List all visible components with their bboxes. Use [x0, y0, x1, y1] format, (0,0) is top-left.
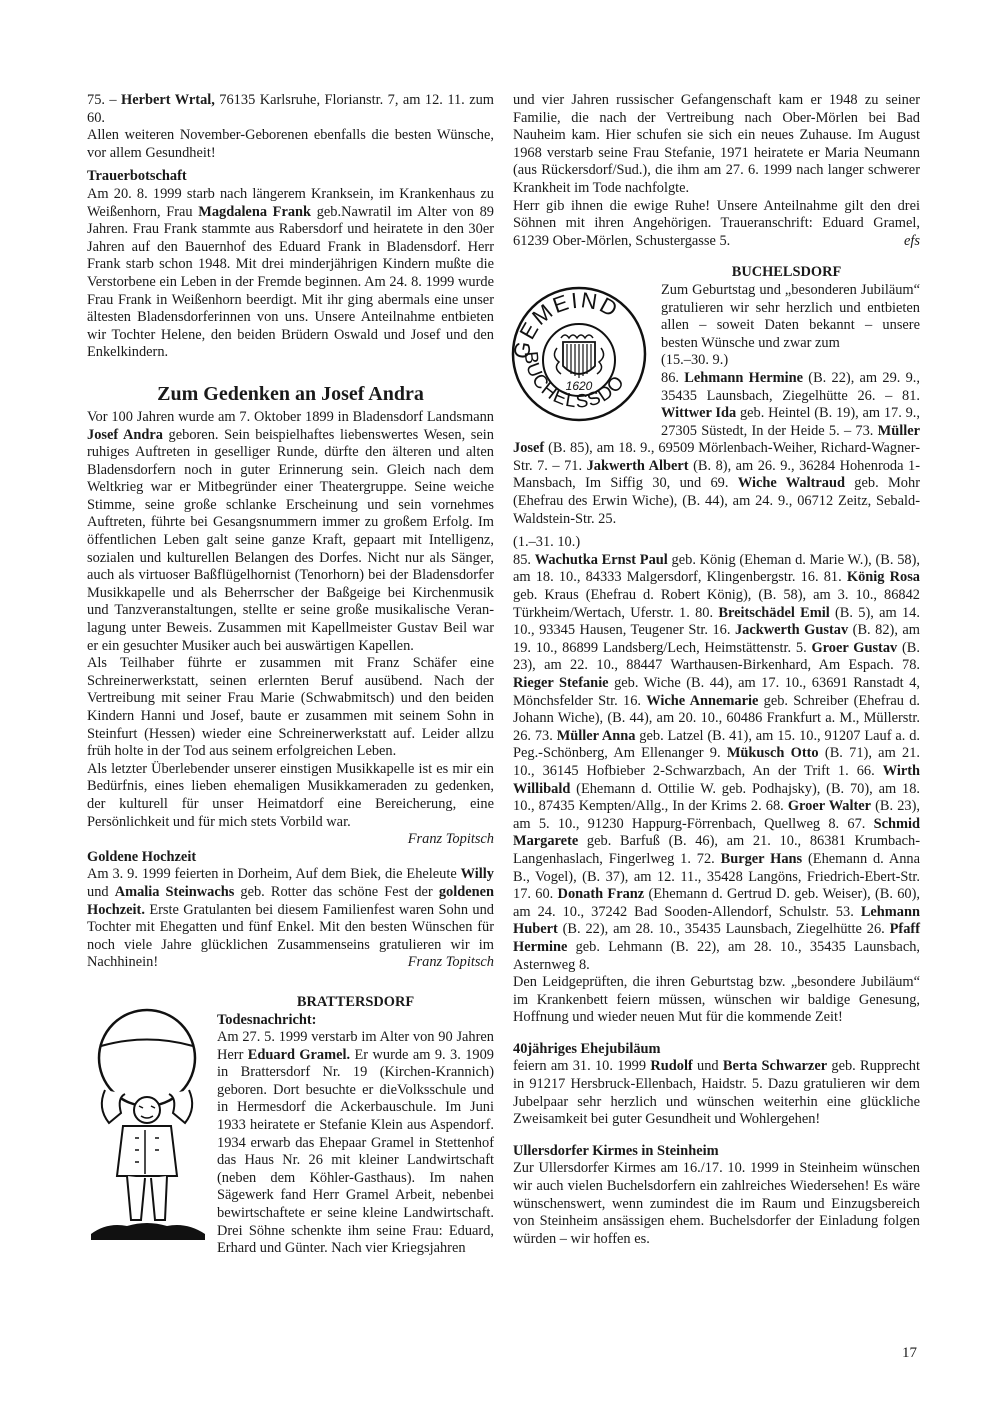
- atlas-figure-illustration: [87, 998, 209, 1246]
- text-span: Herr gib ihnen die ewige Ruhe! Unsere An…: [513, 198, 920, 249]
- entry-number: 75. –: [87, 92, 121, 108]
- person-name: Rudolf: [650, 1058, 692, 1074]
- entry-number: 86.: [661, 370, 684, 386]
- person-name: Magdalena Frank: [198, 204, 311, 220]
- seal-year: 1620: [566, 379, 593, 393]
- person-name: Wachutka Ernst Paul: [535, 552, 668, 568]
- person-name: Breitschädel Emil: [718, 605, 829, 621]
- signature-efs: efs: [904, 233, 920, 251]
- person-name: Wittwer Ida: [661, 405, 736, 421]
- text-span: Am 3. 9. 1999 feierten in Dorheim, Auf d…: [87, 866, 461, 882]
- person-name: Willy: [461, 866, 494, 882]
- person-name: Josef Andra: [87, 427, 163, 443]
- person-name: Wiche Annemarie: [646, 693, 758, 709]
- person-name: Rieger Stefanie: [513, 675, 609, 691]
- person-name: Burger Hans: [721, 851, 803, 867]
- text-span: geb.Nawratil im Alter von 89 Jahren. Fra…: [87, 204, 494, 361]
- person-name: Eduard Gramel.: [248, 1047, 350, 1063]
- heading-trauerbotschaft: Trauerbotschaft: [87, 168, 494, 186]
- heading-buchelsdorf: BUCHELSDORF: [653, 264, 920, 282]
- andra-text-2: Als Teilhaber führte er zusammen mit Fra…: [87, 655, 494, 761]
- gramel-closing: Herr gib ihnen die ewige Ruhe! Unsere An…: [513, 198, 920, 251]
- person-name: Jack­werth Gustav: [735, 622, 848, 638]
- text-span: feiern am 31. 10. 1999: [513, 1058, 650, 1074]
- person-name: Amalia Steinwachs: [115, 884, 235, 900]
- person-name: Müller Anna: [557, 728, 636, 744]
- heading-kirmes: Ullersdorfer Kirmes in Steinheim: [513, 1143, 920, 1161]
- person-name: Jakwerth Albert: [587, 458, 689, 474]
- text-span: geb. Rotter das schöne Fest der: [234, 884, 439, 900]
- signature: Franz Topitsch: [408, 954, 494, 972]
- andra-text-1: Vor 100 Jahren wurde am 7. Oktober 1899 …: [87, 409, 494, 655]
- gemeinde-seal-icon: GEMEIND BUCHELSSDORF 1620: [507, 282, 655, 427]
- person-name: Herbert Wrtal,: [121, 92, 215, 108]
- right-column: und vier Jahren russischer Gefangenschaf…: [513, 92, 920, 1248]
- heading-ehejubilaeum: 40jähriges Ehejubiläum: [513, 1041, 920, 1059]
- page-number: 17: [902, 1345, 917, 1362]
- sick-wishes: Den Leidgeprüften, die ihren Geburtstag …: [513, 974, 920, 1027]
- entry-details: (B. 22), am 28. 10., 35435 Launsbach, Zi…: [558, 921, 890, 937]
- birthday-entry-wrtal: 75. – Herbert Wrtal, 76135 Karlsruhe, Fl…: [87, 92, 494, 127]
- entry-details: geb. Leh­mann (B. 22), am 28. 10., 35435…: [513, 939, 920, 973]
- gramel-obituary-continued: und vier Jahren russischer Gefangenschaf…: [513, 92, 920, 198]
- heading-goldene-hochzeit: Goldene Hochzeit: [87, 849, 494, 867]
- heading-gedenken-andra: Zum Gedenken an Josef Andra: [87, 381, 494, 407]
- text-span: und: [87, 884, 115, 900]
- person-name: Gro­er Walter: [788, 798, 871, 814]
- november-wishes: Allen weiteren November-Geborenen ebenfa…: [87, 127, 494, 162]
- person-name: Donath Franz: [558, 886, 645, 902]
- text-span: Vor 100 Jahren wurde am 7. Oktober 1899 …: [87, 409, 494, 425]
- text-span: geboren. Sein beispielhaftes liebenswert…: [87, 427, 494, 654]
- signature: Franz Topitsch: [87, 831, 494, 849]
- kirmes-text: Zur Ullersdorfer Kirmes am 16./17. 10. 1…: [513, 1160, 920, 1248]
- birthday-list-october: 85. Wachutka Ernst Paul geb. König (Ehem…: [513, 552, 920, 974]
- person-name: König Rosa: [847, 569, 920, 585]
- ehejubilaeum-text: feiern am 31. 10. 1999 Rudolf und Berta …: [513, 1058, 920, 1128]
- left-column: 75. – Herbert Wrtal, 76135 Karlsruhe, Fl…: [87, 92, 494, 1258]
- trauer-text: Am 20. 8. 1999 starb nach längerem Krank…: [87, 186, 494, 362]
- text-span: Er wurde am 9. 3. 1909 in Brattersdorf N…: [217, 1047, 494, 1257]
- entry-number: 85.: [513, 552, 535, 568]
- andra-text-3: Als letzter Überlebender unserer einstig…: [87, 761, 494, 831]
- person-name: Mükusch Otto: [727, 745, 819, 761]
- person-name: Wiche Waltraud: [738, 475, 845, 491]
- person-name: Berta Schwarzer: [723, 1058, 827, 1074]
- text-span: und: [693, 1058, 723, 1074]
- period-october: (1.–31. 10.): [513, 534, 920, 552]
- person-name: Groer Gustav: [811, 640, 897, 656]
- person-name: Lehmann Hermine: [684, 370, 803, 386]
- hochzeit-text: Am 3. 9. 1999 feierten in Dorheim, Auf d…: [87, 866, 494, 972]
